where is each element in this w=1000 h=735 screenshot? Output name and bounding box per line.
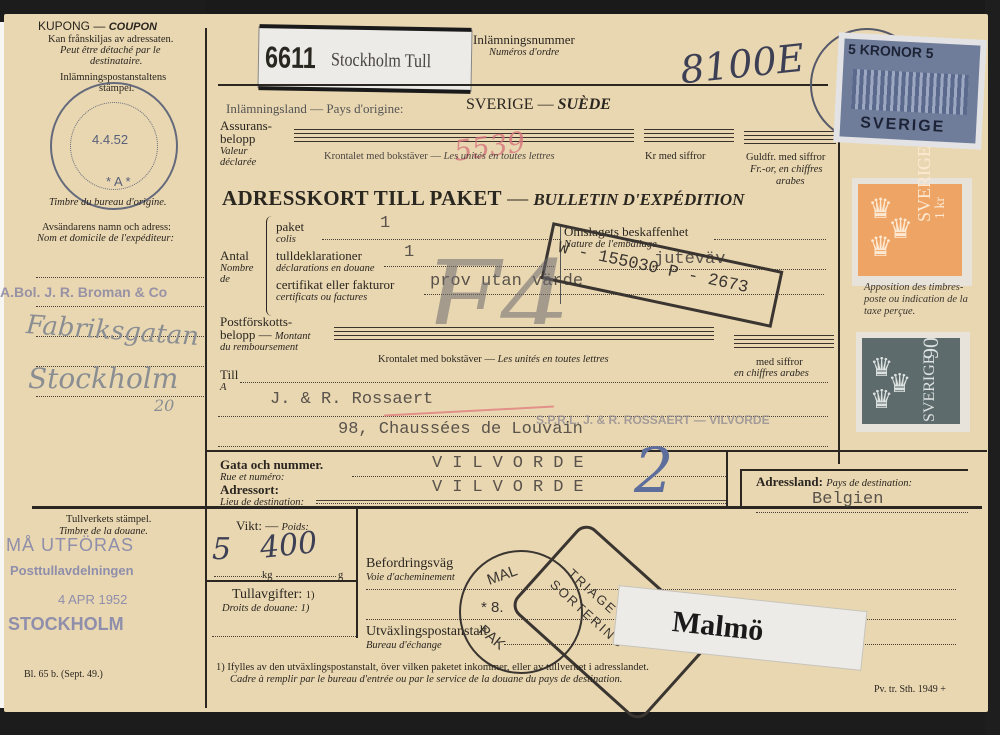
order-label: Inlämningsnummer [473, 34, 575, 46]
stamp-area-text: Apposition des timbres-poste ou indicati… [864, 282, 974, 318]
duties-label: Tullavgifter: 1) [232, 589, 315, 602]
scan-background-bottom [0, 708, 1000, 735]
destination-country-label: Adressland: Pays de destination: [756, 476, 912, 490]
malmo-label-text: Malmö [671, 606, 765, 647]
recipient-name: J. & R. Rossaert [270, 394, 433, 406]
cod-figures-field[interactable] [734, 332, 834, 350]
declaration-count: 1 [404, 247, 414, 259]
insurance-gold-field[interactable] [744, 128, 836, 146]
form-code: Bl. 65 b. (Sept. 49.) [24, 669, 103, 681]
parcel-count: 1 [380, 218, 390, 230]
weight-kg: 5 [212, 532, 231, 567]
postage-stamp-90ore: ♛ ♛ ♛ 90 SVERIGE [856, 332, 970, 432]
origin-label: Timbre du bureau d'origine. [49, 197, 167, 209]
origin-country: SVERIGE — SUÈDE [466, 99, 611, 111]
sender-stamp: A.Bol. J. R. Broman & Co [0, 286, 167, 298]
sender-handwritten-city: Stockholm [28, 362, 178, 395]
coupon-divider [205, 28, 207, 708]
place-value: VILVORDE [432, 482, 594, 494]
footnote-fr: Cadre à remplir par le bureau d'entrée o… [230, 674, 622, 686]
coupon-title: KUPONG — COUPON [38, 20, 157, 33]
stamp-column-divider [838, 94, 840, 464]
weight-g: 400 [258, 525, 319, 566]
postage-stamp-5kr: 5 KRONOR 5 SVERIGE [833, 32, 987, 150]
registration-label: 6611 Stockholm Tull [257, 26, 472, 92]
sender-handwritten-number: 20 [154, 396, 174, 415]
origin-postmark: 4.4.52 * A * [50, 82, 178, 210]
recipient-handwritten-number: 2 [634, 434, 673, 507]
postage-stamp-1kr: ♛ ♛ ♛ SVERIGE 1 kr [852, 178, 972, 286]
label-number: 6611 [265, 43, 316, 74]
street-value: VILVORDE [432, 458, 594, 470]
cod-label: belopp — Montant [220, 329, 310, 343]
label-office: Stockholm Tull [331, 50, 431, 72]
insurance-kr-field[interactable] [644, 126, 734, 144]
order-label-fr: Numéros d'ordre [489, 47, 559, 59]
sender-handwritten-street: Fabriksgatan [25, 310, 200, 352]
customs-stamp-line2: Posttullavdelningen [10, 565, 134, 577]
customs-label: Tullverkets stämpel. [66, 514, 151, 526]
recipient-company-stamp: S.P.R.L. J. & R. ROSSAERT — VILVORDE [536, 414, 770, 426]
origin-country-label: Inlämningsland — Pays d'origine: [226, 103, 403, 115]
parcel-address-card: KUPONG — COUPON Kan frånskiljas av adres… [4, 14, 988, 712]
customs-stamp-line1: MÅ UTFÖRAS [6, 539, 134, 551]
destination-country: Belgien [812, 494, 883, 506]
customs-stamp-city: STOCKHOLM [8, 618, 124, 630]
sender-label-fr: Nom et domicile de l'expéditeur: [37, 233, 174, 245]
cod-words-field[interactable] [334, 324, 714, 342]
form-title: ADRESSKORT TILL PAKET — BULLETIN D'EXPÉD… [222, 186, 744, 212]
footnote: 1) Ifylles av den utväxlingspostanstalt,… [216, 662, 649, 674]
coupon-note-fr-2: destinataire. [90, 56, 142, 68]
print-code: Pv. tr. Sth. 1949 + [874, 684, 946, 696]
customs-stamp-date: 4 APR 1952 [58, 594, 127, 606]
